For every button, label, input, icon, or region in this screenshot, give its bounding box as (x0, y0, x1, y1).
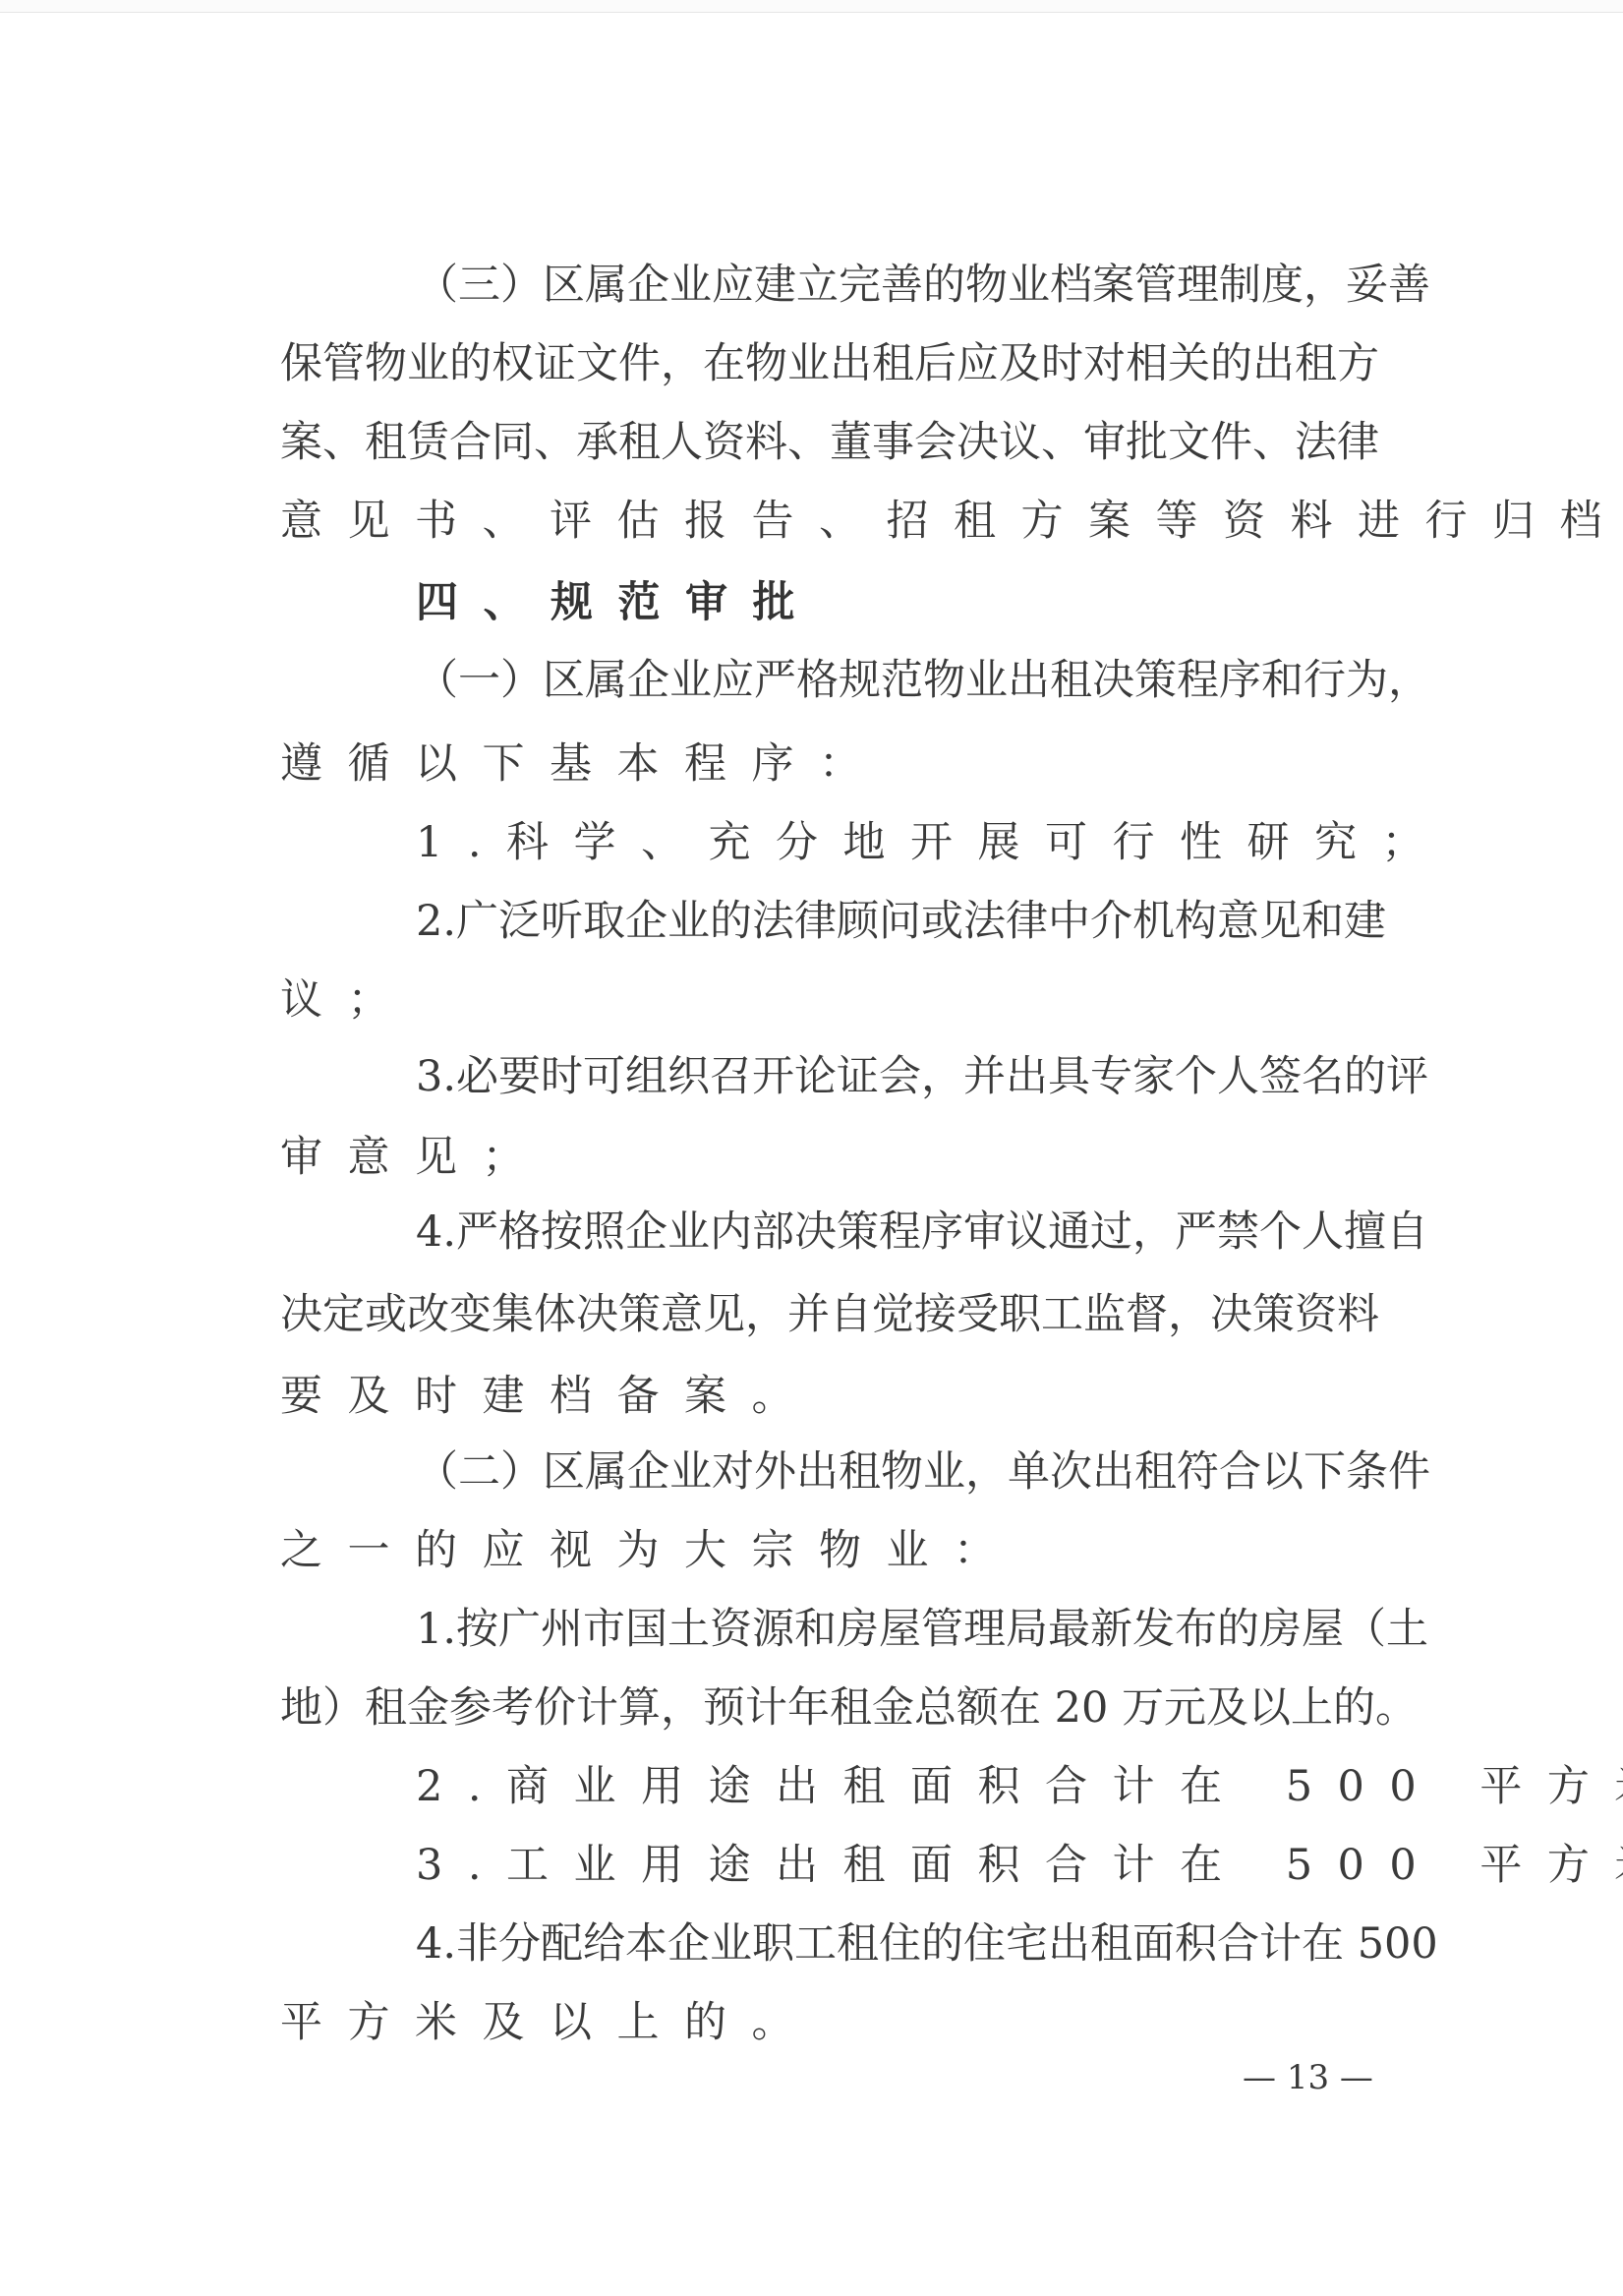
paragraph-line: （一）区属企业应严格规范物业出租决策程序和行为， (416, 641, 1376, 720)
list-item-line: 4.严格按照企业内部决策程序审议通过，严禁个人擅自 (416, 1193, 1376, 1271)
list-item-line: 地）租金参考价计算，预计年租金总额在 20 万元及以上的。 (280, 1669, 1376, 1747)
list-item-line: 平方米及以上的。 (280, 1983, 819, 2062)
list-item-line: 1.按广州市国土资源和房屋管理局最新发布的房屋（土 (416, 1590, 1376, 1669)
list-item-line: 议； (280, 961, 415, 1039)
scan-edge-artifact (0, 0, 1623, 13)
list-item-line: 2.广泛听取企业的法律顾问或法律中介机构意见和建 (416, 882, 1376, 961)
list-item-line: 3.工业用途出租面积合计在 500 平方米及以上的。 (416, 1826, 1623, 1905)
paragraph-line: （三）区属企业应建立完善的物业档案管理制度，妥善 (416, 246, 1376, 324)
page-number: — 13 — (1232, 2055, 1384, 2100)
list-item-line: 3.必要时可组织召开论证会，并出具专家个人签名的评 (416, 1037, 1376, 1116)
section-heading: 四、规范审批 (416, 563, 820, 642)
list-item-line: 要及时建档备案。 (280, 1357, 819, 1436)
list-item-line: 审意见； (280, 1118, 550, 1197)
paragraph-line: 保管物业的权证文件，在物业出租后应及时对相关的出租方 (280, 324, 1376, 403)
list-item-line: 4.非分配给本企业职工租住的住宅出租面积合计在 500 (416, 1905, 1376, 1983)
list-item-line: 决定或改变集体决策意见，并自觉接受职工监督，决策资料 (280, 1275, 1376, 1354)
list-item-line: 1.科学、充分地开展可行性研究； (416, 803, 1449, 882)
list-item-line: 2.商业用途出租面积合计在 500 平方米及以上的。 (416, 1747, 1623, 1826)
paragraph-line: （二）区属企业对外出租物业，单次出租符合以下条件 (416, 1433, 1376, 1511)
paragraph-line: 遵循以下基本程序： (280, 725, 887, 803)
paragraph-line: 意见书、评估报告、招租方案等资料进行归档保存。 (280, 482, 1623, 560)
paragraph-line: 案、租赁合同、承租人资料、董事会决议、审批文件、法律 (280, 403, 1376, 482)
paragraph-line: 之一的应视为大宗物业： (280, 1511, 1021, 1590)
